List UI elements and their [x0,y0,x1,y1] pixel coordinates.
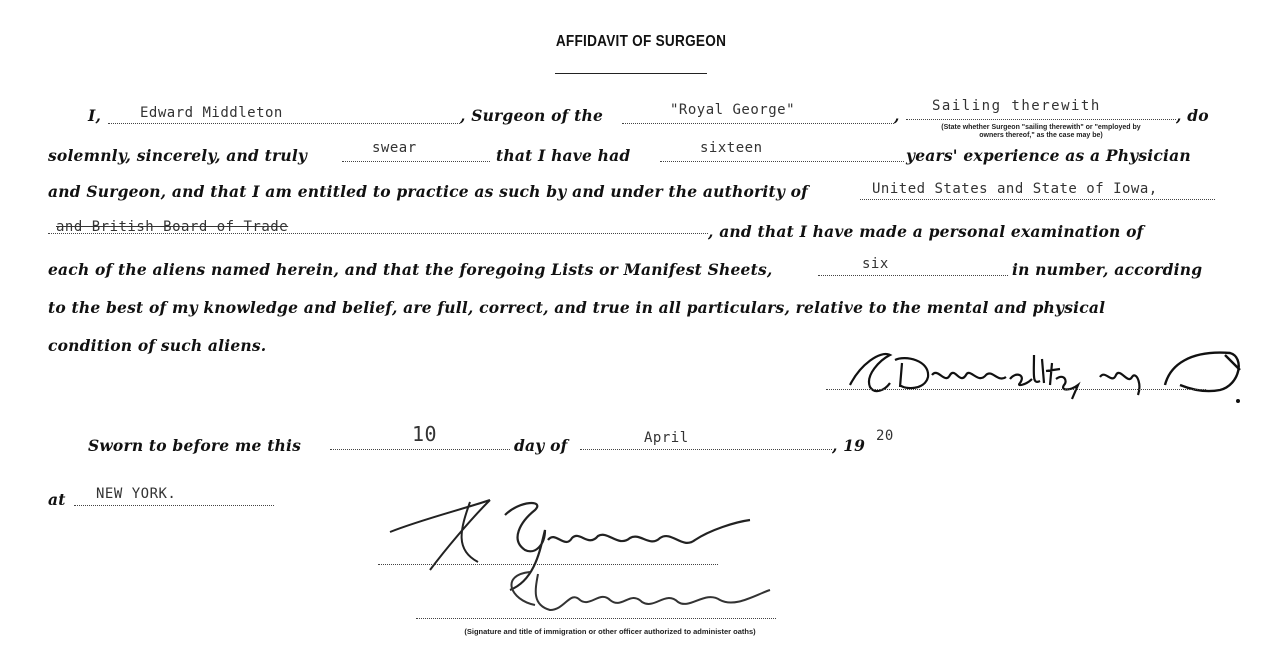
day-value: 10 [412,422,437,446]
label-each-of-the-aliens: each of the aliens named herein, and tha… [48,260,773,279]
sheet-count-field: six [818,256,1008,276]
years-field: sixteen [660,140,904,162]
label-and-surgeon: and Surgeon, and that I am entitled to p… [48,182,808,201]
officer-signature-ink [360,490,840,630]
document-title: AFFIDAVIT OF SURGEON [96,33,1186,51]
authority-field-line1: United States and State of Iowa, [860,180,1235,200]
ship-name-value: "Royal George" [670,102,795,118]
authority-value-line2: and British Board of Trade [56,219,288,235]
authority-value-line1: United States and State of Iowa, [872,181,1158,197]
surgeon-name-value: Edward Middleton [140,105,283,121]
ship-name-field: "Royal George" [622,100,894,124]
capacity-field: Sailing therewith [906,96,1176,120]
oath-type-field: swear [342,142,490,162]
label-year-prefix: , 19 [832,436,865,455]
month-value: April [644,430,689,446]
year-suffix-value: 20 [876,428,894,444]
oath-type-value: swear [372,140,417,156]
capacity-note: (State whether Surgeon "sailing therewit… [906,124,1176,140]
authority-field-line2: and British Board of Trade [48,218,708,238]
sheet-count-value: six [862,256,889,272]
label-personal-examination: , and that I have made a personal examin… [708,222,1144,241]
comma: , [894,106,900,125]
capacity-value: Sailing therewith [932,98,1101,114]
label-years-experience: years' experience as a Physician [906,146,1191,165]
day-field: 10 [330,420,510,450]
label-surgeon-of-the: , Surgeon of the [460,106,603,125]
surgeon-name-field: Edward Middleton [108,104,460,124]
label-solemnly: solemnly, sincerely, and truly [48,146,307,165]
capacity-note-line1: (State whether Surgeon "sailing therewit… [906,124,1176,132]
place-value: NEW YORK. [96,486,176,502]
surgeon-signature [820,345,1260,415]
officer-signature-caption: (Signature and title of immigration or o… [400,628,820,636]
label-in-number: in number, according [1012,260,1202,279]
label-condition: condition of such aliens. [48,336,266,355]
label-sworn-to-before-me: Sworn to before me this [88,436,301,455]
label-to-the-best: to the best of my knowledge and belief, … [48,298,1105,317]
label-i: I, [88,106,101,125]
years-value: sixteen [700,140,763,156]
surgeon-signature-ink [820,345,1260,415]
label-do: , do [1176,106,1209,125]
label-that-i-have-had: that I have had [496,146,630,165]
capacity-note-line2: owners thereof," as the case may be) [906,132,1176,140]
title-underline [555,73,707,74]
label-day-of: day of [514,436,568,455]
label-at: at [48,490,66,509]
month-field: April [580,426,832,450]
officer-signature [360,490,840,630]
